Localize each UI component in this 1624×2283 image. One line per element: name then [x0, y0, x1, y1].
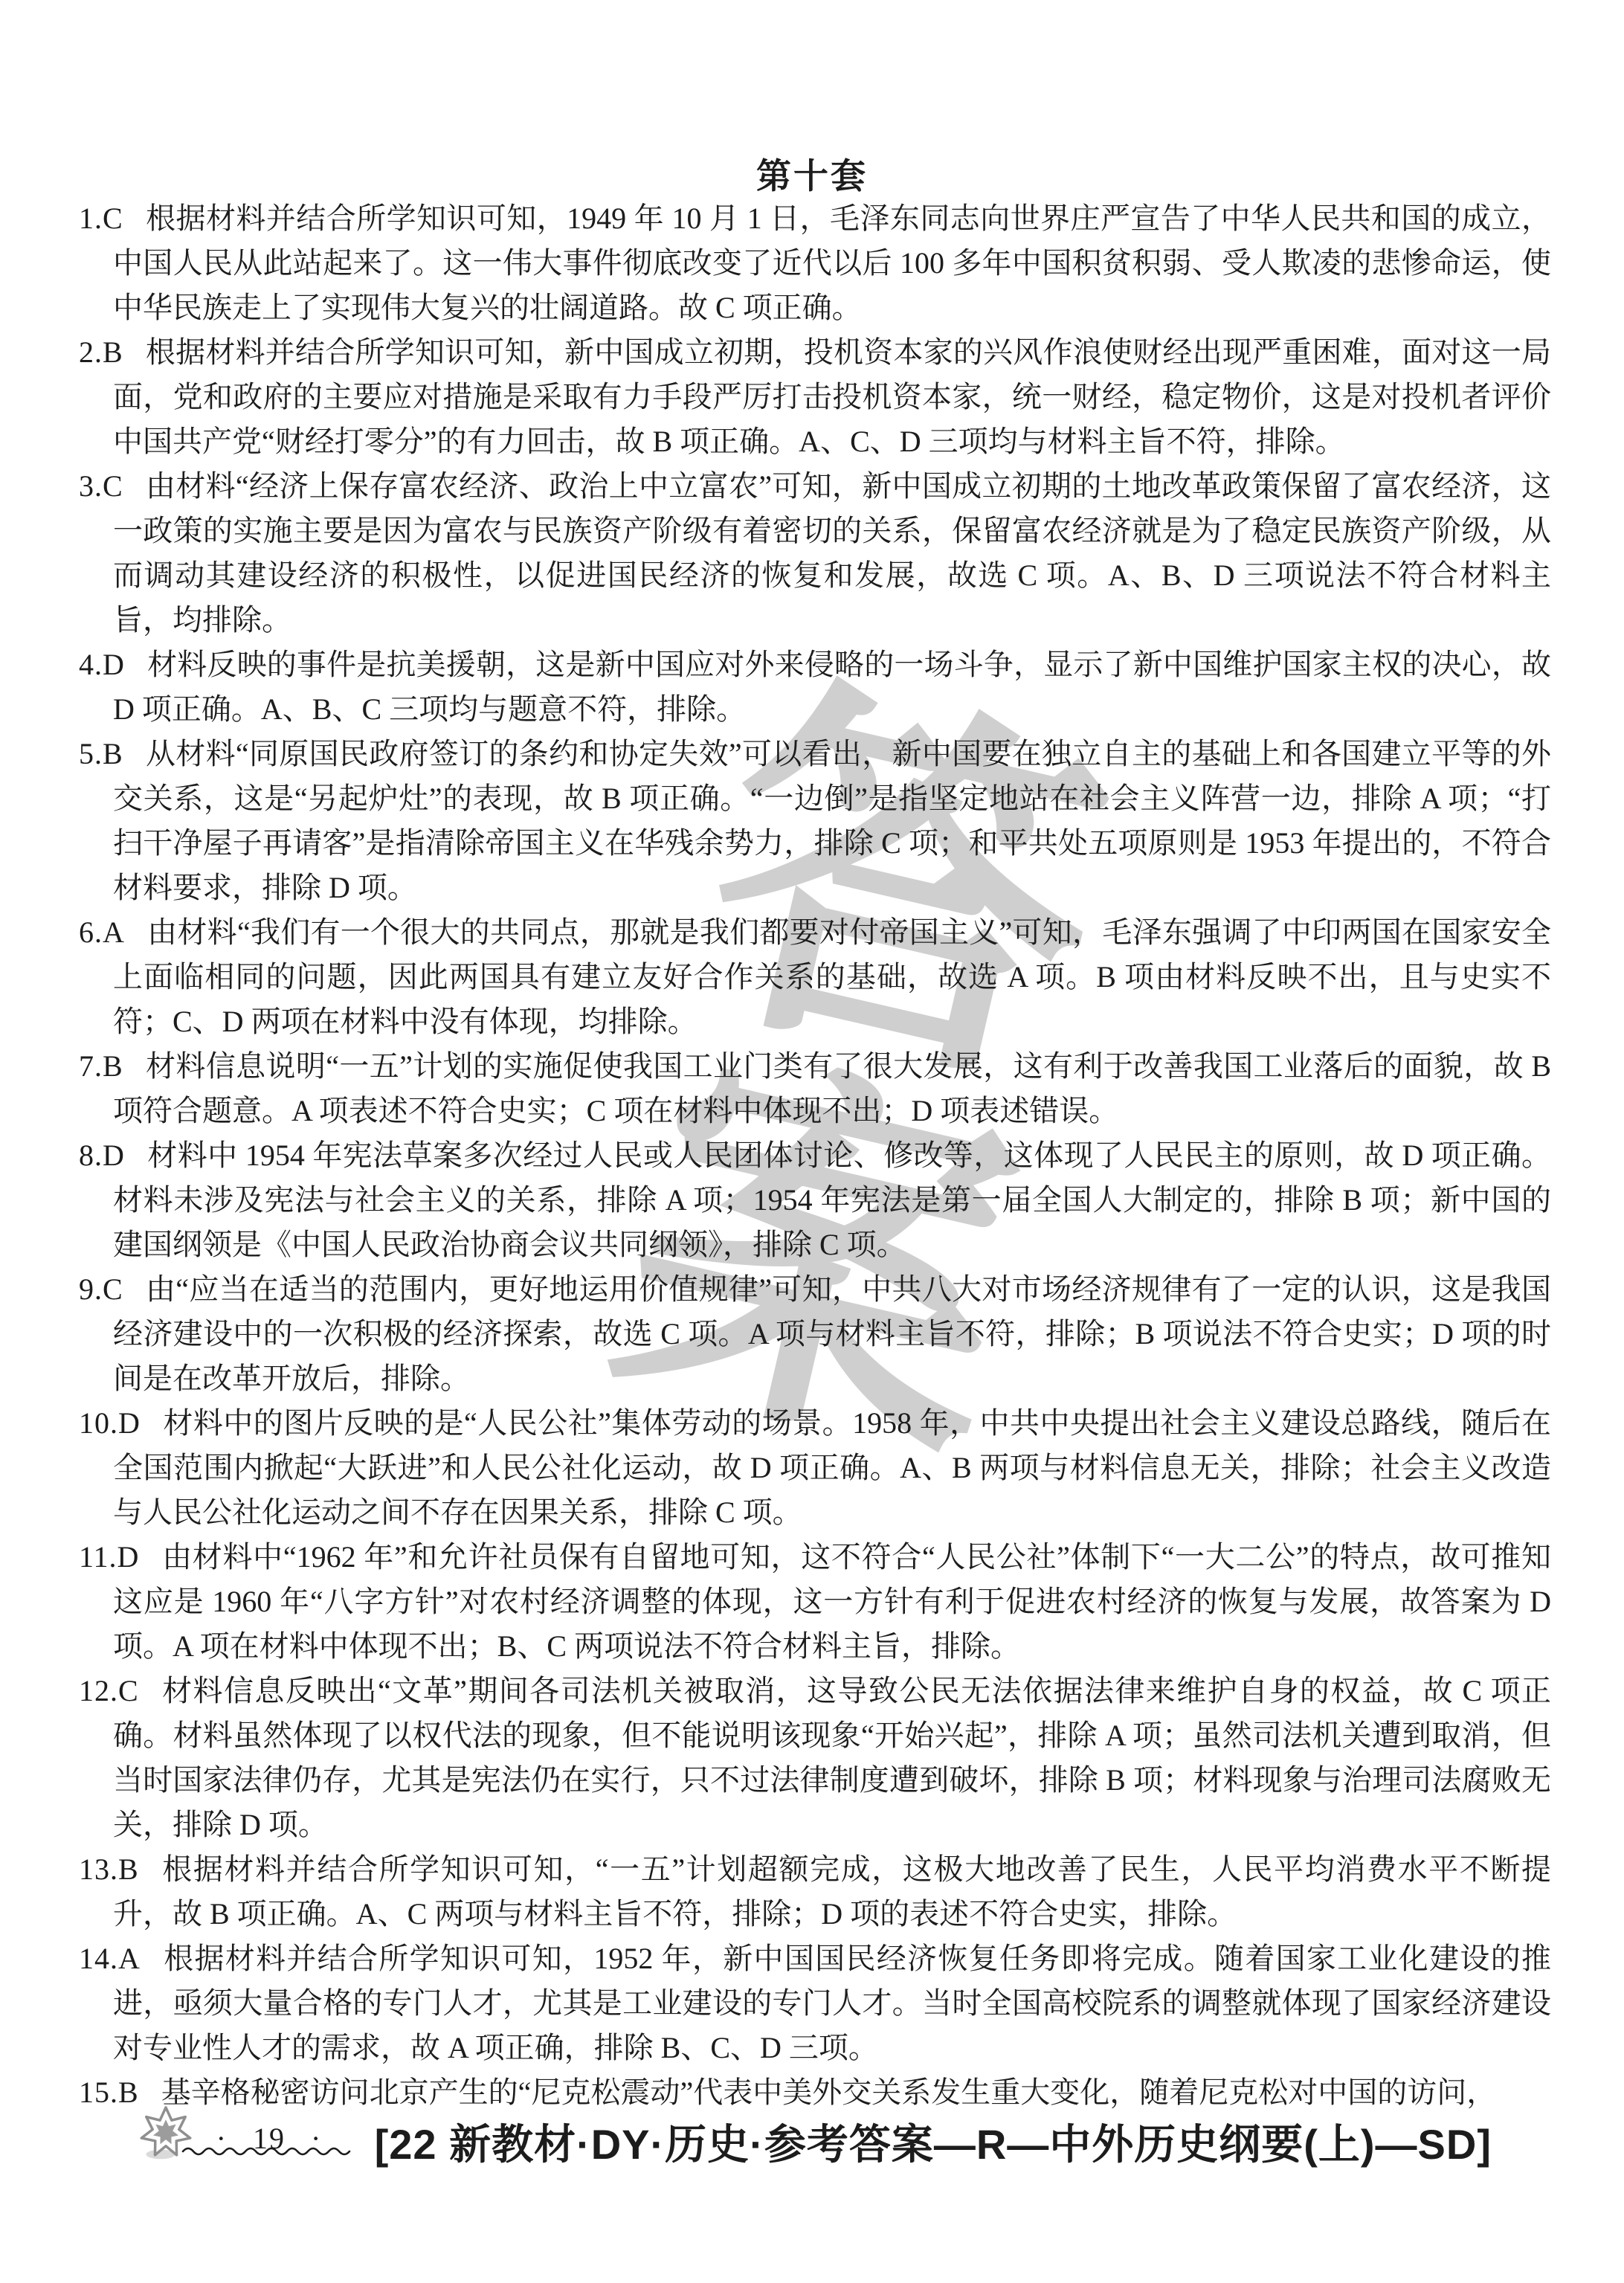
- answer-text: 材料反映的事件是抗美援朝，这是新中国应对外来侵略的一场斗争，显示了新中国维护国家…: [113, 648, 1551, 726]
- answer-text: 从材料“同原国民政府签订的条约和协定失效”可以看出，新中国要在独立自主的基础上和…: [113, 737, 1551, 904]
- answer-label: 8.D: [79, 1139, 125, 1172]
- answer-label: 4.D: [79, 648, 125, 681]
- answer-text: 由材料“我们有一个很大的共同点，那就是我们都要对付帝国主义”可知，毛泽东强调了中…: [113, 915, 1551, 1038]
- answer-label: 9.C: [79, 1272, 123, 1306]
- answer-item: 11.D由材料中“1962 年”和允许社员保有自留地可知，这不符合“人民公社”体…: [79, 1535, 1551, 1669]
- wavy-underline: [181, 2145, 351, 2157]
- answer-text: 由“应当在适当的范围内，更好地运用价值规律”可知，中共八大对市场经济规律有了一定…: [113, 1272, 1551, 1395]
- answer-text: 根据材料并结合所学知识可知，1952 年，新中国国民经济恢复任务即将完成。随着国…: [113, 1942, 1551, 2064]
- answer-item: 12.C材料信息反映出“文革”期间各司法机关被取消，这导致公民无法依据法律来维护…: [79, 1669, 1551, 1847]
- answer-item: 13.B根据材料并结合所学知识可知，“一五”计划超额完成，这极大地改善了民生，人…: [79, 1847, 1551, 1936]
- answer-text: 材料中 1954 年宪法草案多次经过人民或人民团体讨论、修改等，这体现了人民民主…: [113, 1139, 1551, 1261]
- answer-item: 6.A由材料“我们有一个很大的共同点，那就是我们都要对付帝国主义”可知，毛泽东强…: [79, 910, 1551, 1044]
- answer-label: 10.D: [79, 1406, 141, 1440]
- answer-text: 材料信息说明“一五”计划的实施促使我国工业门类有了很大发展，这有利于改善我国工业…: [113, 1049, 1551, 1127]
- answer-label: 11.D: [79, 1540, 139, 1574]
- answer-item: 8.D材料中 1954 年宪法草案多次经过人民或人民团体讨论、修改等，这体现了人…: [79, 1133, 1551, 1267]
- answer-text: 由材料“经济上保存富农经济、政治上中立富农”可知，新中国成立初期的土地改革政策保…: [113, 469, 1551, 637]
- footer-edition-label: [22 新教材·DY·历史·参考答案—R—中外历史纲要(上)—SD]: [375, 2112, 1492, 2171]
- answer-label: 1.C: [79, 202, 123, 235]
- answer-label: 12.C: [79, 1674, 139, 1707]
- answer-item: 14.A根据材料并结合所学知识可知，1952 年，新中国国民经济恢复任务即将完成…: [79, 1936, 1551, 2070]
- answer-text: 根据材料并结合所学知识可知，1949 年 10 月 1 日，毛泽东同志向世界庄严…: [113, 202, 1551, 324]
- answer-text: 根据材料并结合所学知识可知，新中国成立初期，投机资本家的兴风作浪使财经出现严重困…: [113, 335, 1551, 458]
- answer-key-page: 答 案 第十套 1.C根据材料并结合所学知识可知，1949 年 10 月 1 日…: [0, 0, 1624, 2283]
- answer-item: 9.C由“应当在适当的范围内，更好地运用价值规律”可知，中共八大对市场经济规律有…: [79, 1267, 1551, 1401]
- answer-label: 2.B: [79, 335, 123, 369]
- page-footer: · 19 · [22 新教材·DY·历史·参考答案—R—中外历史纲要(上)—SD…: [0, 2105, 1624, 2201]
- answer-item: 10.D材料中的图片反映的是“人民公社”集体劳动的场景。1958 年，中共中央提…: [79, 1401, 1551, 1535]
- answer-item: 2.B根据材料并结合所学知识可知，新中国成立初期，投机资本家的兴风作浪使财经出现…: [79, 330, 1551, 464]
- answer-label: 7.B: [79, 1049, 123, 1083]
- answer-item: 1.C根据材料并结合所学知识可知，1949 年 10 月 1 日，毛泽东同志向世…: [79, 196, 1551, 330]
- answer-item: 3.C由材料“经济上保存富农经济、政治上中立富农”可知，新中国成立初期的土地改革…: [79, 464, 1551, 643]
- answer-item: 7.B材料信息说明“一五”计划的实施促使我国工业门类有了很大发展，这有利于改善我…: [79, 1044, 1551, 1133]
- answer-text: 材料中的图片反映的是“人民公社”集体劳动的场景。1958 年，中共中央提出社会主…: [113, 1406, 1551, 1529]
- answer-label: 13.B: [79, 1852, 139, 1886]
- answer-label: 5.B: [79, 737, 123, 770]
- answer-label: 6.A: [79, 915, 125, 949]
- answer-label: 3.C: [79, 469, 123, 503]
- answer-item: 5.B从材料“同原国民政府签订的条约和协定失效”可以看出，新中国要在独立自主的基…: [79, 732, 1551, 910]
- answer-text: 根据材料并结合所学知识可知，“一五”计划超额完成，这极大地改善了民生，人民平均消…: [113, 1852, 1551, 1931]
- answer-item: 4.D材料反映的事件是抗美援朝，这是新中国应对外来侵略的一场斗争，显示了新中国维…: [79, 643, 1551, 732]
- answer-text: 由材料中“1962 年”和允许社员保有自留地可知，这不符合“人民公社”体制下“一…: [113, 1540, 1551, 1663]
- answer-text: 材料信息反映出“文革”期间各司法机关被取消，这导致公民无法依据法律来维护自身的权…: [113, 1674, 1551, 1841]
- page-title: 第十套: [0, 149, 1624, 199]
- answer-list: 1.C根据材料并结合所学知识可知，1949 年 10 月 1 日，毛泽东同志向世…: [79, 196, 1551, 2115]
- answer-label: 14.A: [79, 1942, 141, 1975]
